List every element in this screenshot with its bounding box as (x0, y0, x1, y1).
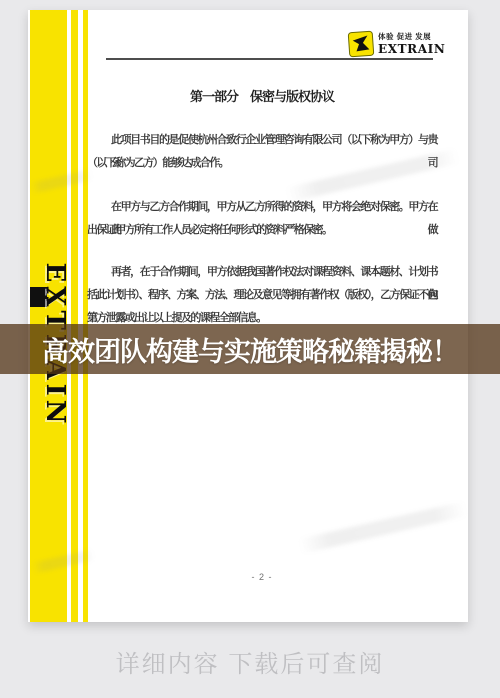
paragraph: 此项目书目的是促使杭州合致行企业管理咨询有限公司（以下称为甲方）与贵公司 （以下… (87, 129, 437, 175)
body-text-line: 括此计划书）、程序、方案、方法、理论及意见等拥有著作权（版权），乙方保证不向第 (87, 284, 437, 307)
body-text-line: 在甲方与乙方合作期间，甲方从乙方所得的资料，甲方将会绝对保密。甲方在此做 (87, 196, 437, 219)
header-divider (106, 58, 433, 60)
brand-slogan: 体验 促进 发展 (378, 33, 445, 41)
brand-name: EXTRAIN (378, 43, 445, 55)
page-number: - 2 - (87, 572, 437, 582)
bird-logo-icon (347, 30, 375, 58)
document-preview-canvas: 体验 促进 发展 EXTRAIN 第一部分 保密与版权协议 此项目书目的是促使杭… (0, 0, 500, 698)
body-text-line: 再者，在于合作期间，甲方依据我国著作权法对课程资料、课本题材、计划书（包 (87, 261, 437, 284)
paragraph: 再者，在于合作期间，甲方依据我国著作权法对课程资料、课本题材、计划书（包 括此计… (87, 261, 437, 330)
brand-logo-text: 体验 促进 发展 EXTRAIN (378, 33, 445, 55)
document-page: 体验 促进 发展 EXTRAIN 第一部分 保密与版权协议 此项目书目的是促使杭… (28, 10, 468, 622)
paragraph: 在甲方与乙方合作期间，甲方从乙方所得的资料，甲方将会绝对保密。甲方在此做 出保证… (87, 196, 437, 242)
section-title: 第一部分 保密与版权协议 (87, 86, 437, 105)
download-hint-text: 详细内容 下载后可查阅 (0, 644, 500, 679)
body-text-line: 此项目书目的是促使杭州合致行企业管理咨询有限公司（以下称为甲方）与贵公司 (87, 129, 437, 152)
promo-banner[interactable]: 高效团队构建与实施策略秘籍揭秘！ (0, 324, 500, 374)
brand-logo: 体验 促进 发展 EXTRAIN (348, 31, 445, 57)
promo-banner-title: 高效团队构建与实施策略秘籍揭秘！ (42, 330, 458, 369)
